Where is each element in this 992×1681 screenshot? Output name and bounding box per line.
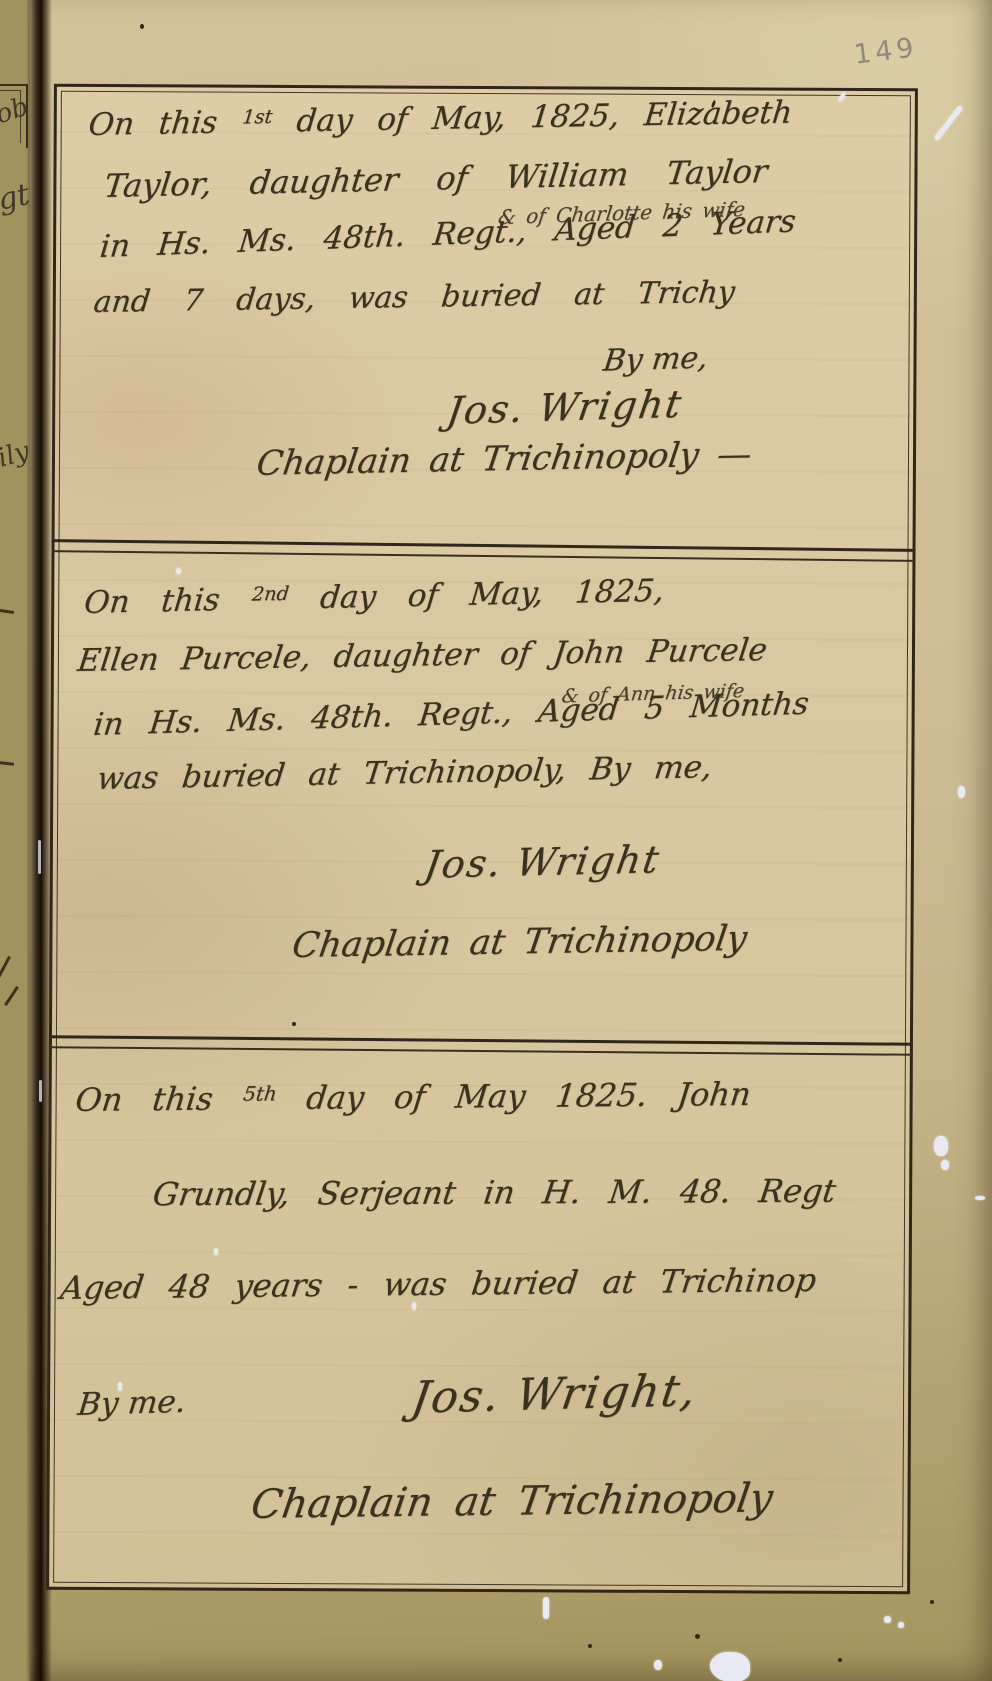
ink-dot <box>140 24 144 29</box>
entry-2-signature: Jos. Wright <box>421 837 663 887</box>
entry-1-signer-title: Chaplain at Trichinopoly — <box>254 434 754 484</box>
entry-2-opening-pre: On this <box>82 581 253 621</box>
entry-3-line-3: Aged 48 years - was buried at Trichinop <box>58 1261 818 1307</box>
burial-entry-3: On this 5th day of May 1825. John Grundl… <box>57 87 915 91</box>
register-page-scan: ob gt ily 149 <box>0 0 992 1681</box>
entry-1-opening-pre: On this <box>87 104 244 143</box>
entry-3-signer-title: Chaplain at Trichinopoly <box>248 1475 776 1527</box>
paper-damage-speck <box>975 1196 985 1200</box>
paper-damage-speck <box>176 568 181 574</box>
paper-damage-speck <box>898 1622 904 1628</box>
entry-3-opening-post: day of May 1825. John <box>274 1075 753 1117</box>
entry-1-opening-line: On this 1st day of May, 1825, Elizabeth <box>87 95 794 143</box>
paper-damage-speck <box>941 1160 949 1170</box>
paper-damage-speck <box>543 1597 549 1619</box>
paper-damage-speck <box>412 1302 416 1310</box>
entry-3-opening-pre: On this <box>73 1079 245 1118</box>
ink-dot <box>695 1634 700 1639</box>
burial-entry-1: On this 1st day of May, 1825, Elizabeth … <box>57 87 915 91</box>
entry-2-line-3: in Hs. Ms. 48th. Regt., Aged 5 Months <box>92 686 811 743</box>
entry-2-signer-title: Chaplain at Trichinopoly <box>290 919 750 966</box>
entry-1-line-4: and 7 days, was buried at Trichy <box>92 275 737 320</box>
entry-2-opening-post: day of May, 1825, <box>287 573 666 617</box>
ink-dot <box>292 1022 296 1026</box>
entry-2-opening-line: On this 2nd day of May, 1825, <box>82 573 665 621</box>
entry-1-day-ordinal: 1st <box>241 105 273 129</box>
entry-1-attestation: By me, <box>601 340 710 378</box>
paper-damage-speck <box>214 1248 218 1255</box>
entry-3-opening-line: On this 5th day of May 1825. John <box>73 1075 752 1119</box>
entry-divider-1 <box>51 539 915 562</box>
burial-entry-2: On this 2nd day of May, 1825, Ellen Purc… <box>57 87 915 91</box>
entry-3-line-2: Grundly, Serjeant in H. M. 48. Regt <box>151 1172 839 1214</box>
paper-damage-speck <box>118 1382 122 1391</box>
paper-damage-speck <box>884 1616 891 1623</box>
paper-damage-speck <box>654 1660 662 1670</box>
paper-damage-speck <box>934 1136 948 1156</box>
entry-3-signature: Jos. Wright, <box>408 1365 701 1424</box>
ink-dot <box>930 1600 934 1604</box>
entry-1-line-3: in Hs. Ms. 48th. Regt., Aged 2 Years <box>98 203 797 265</box>
paper-damage-blob <box>710 1652 750 1681</box>
ink-dot <box>838 1658 842 1662</box>
entry-2-line-2: Ellen Purcele, daughter of John Purcele <box>76 632 769 679</box>
entry-3-attestation: By me. <box>76 1384 188 1423</box>
entry-1-line-2: Taylor, daughter of William Taylor <box>102 152 769 205</box>
register-frame: On this 1st day of May, 1825, Elizabeth … <box>46 84 918 1595</box>
entry-1-signature: Jos. Wright <box>444 382 686 433</box>
entry-divider-2 <box>49 1035 913 1056</box>
entry-2-day-ordinal: 2nd <box>251 582 290 606</box>
entry-2-line-4: was buried at Trichinopoly, By me, <box>95 749 714 797</box>
paper-damage-speck <box>958 786 965 798</box>
entry-3-day-ordinal: 5th <box>242 1082 278 1105</box>
ink-dot <box>588 1644 592 1648</box>
